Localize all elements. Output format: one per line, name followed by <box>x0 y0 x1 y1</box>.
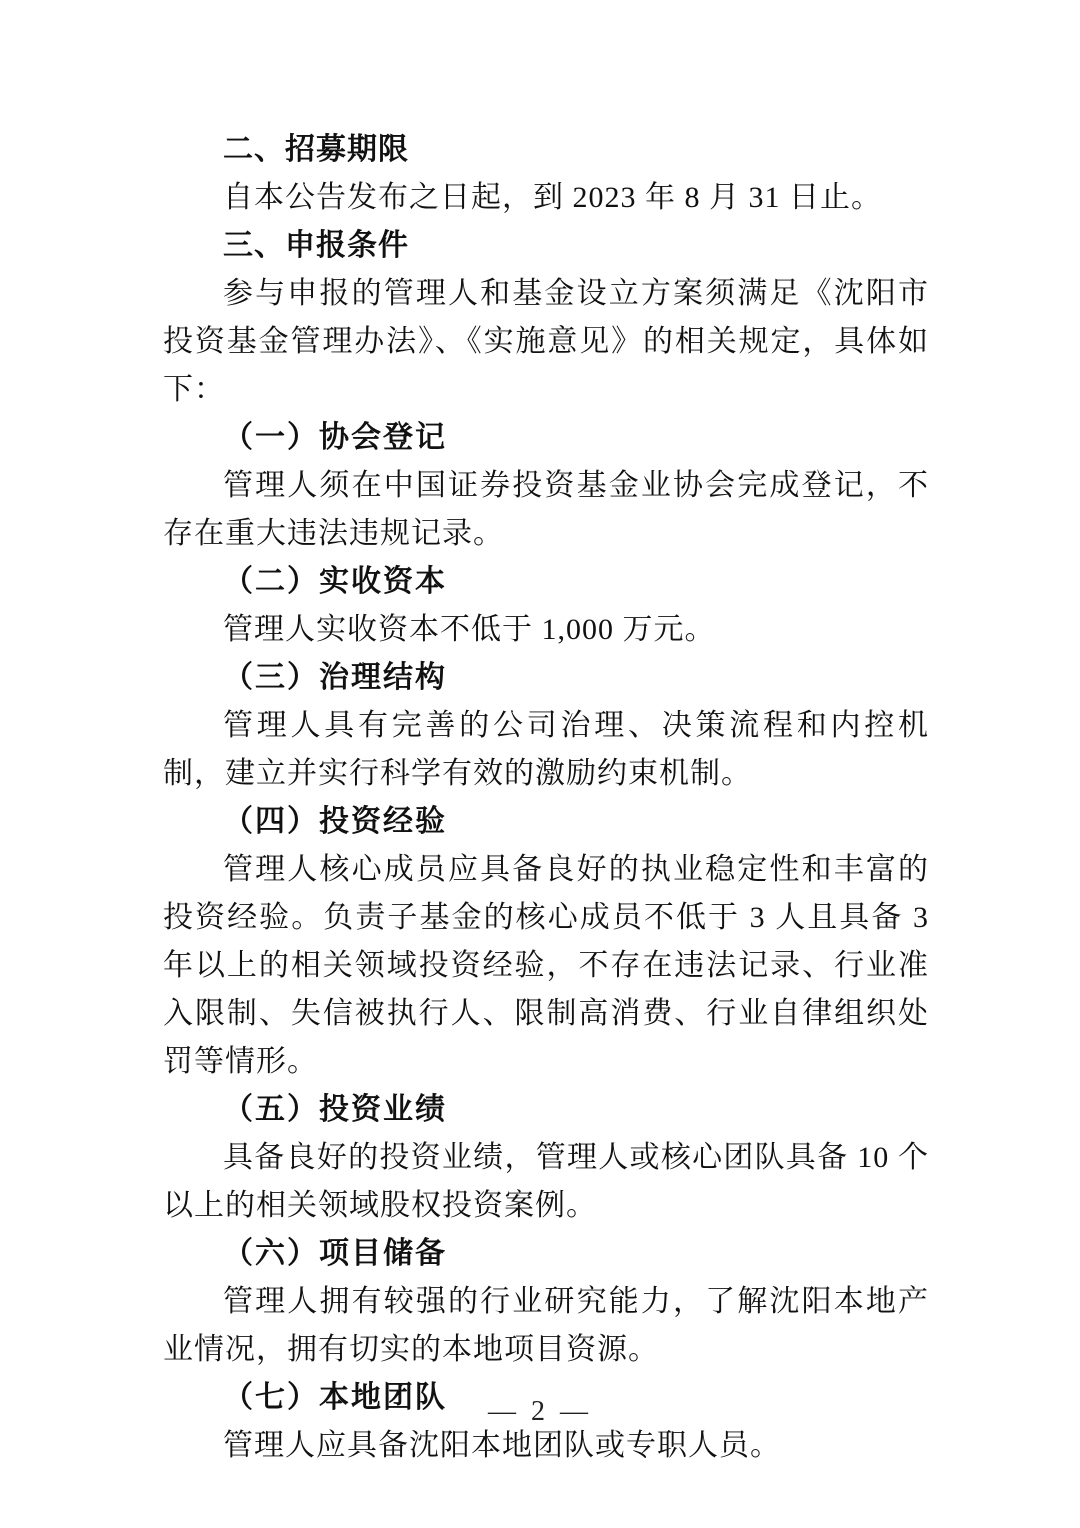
paragraph-investment-performance: 具备良好的投资业绩，管理人或核心团队具备 10 个以上的相关领域股权投资案例。 <box>163 1134 929 1230</box>
document-page: 二、招募期限 自本公告发布之日起，到 2023 年 8 月 31 日止。 三、申… <box>0 0 1080 1528</box>
subheading-project-reserve: （六）项目储备 <box>163 1230 929 1278</box>
paragraph-governance-structure: 管理人具有完善的公司治理、决策流程和内控机制，建立并实行科学有效的激励约束机制。 <box>163 702 929 798</box>
paragraph-paid-in-capital: 管理人实收资本不低于 1,000 万元。 <box>163 606 929 654</box>
subheading-governance-structure: （三）治理结构 <box>163 654 929 702</box>
subheading-association-registration: （一）协会登记 <box>163 414 929 462</box>
paragraph-project-reserve: 管理人拥有较强的行业研究能力，了解沈阳本地产业情况，拥有切实的本地项目资源。 <box>163 1278 929 1374</box>
paragraph-application-intro: 参与申报的管理人和基金设立方案须满足《沈阳市投资基金管理办法》、《实施意见》的相… <box>163 270 929 414</box>
subheading-investment-performance: （五）投资业绩 <box>163 1086 929 1134</box>
paragraph-recruitment-period: 自本公告发布之日起，到 2023 年 8 月 31 日止。 <box>163 174 929 222</box>
document-content: 二、招募期限 自本公告发布之日起，到 2023 年 8 月 31 日止。 三、申… <box>163 126 929 1470</box>
page-number: — 2 — <box>0 1392 1080 1432</box>
subheading-investment-experience: （四）投资经验 <box>163 798 929 846</box>
paragraph-investment-experience: 管理人核心成员应具备良好的执业稳定性和丰富的投资经验。负责子基金的核心成员不低于… <box>163 846 929 1086</box>
section-heading-recruitment-period: 二、招募期限 <box>163 126 929 174</box>
section-heading-application-conditions: 三、申报条件 <box>163 222 929 270</box>
paragraph-association-registration: 管理人须在中国证券投资基金业协会完成登记，不存在重大违法违规记录。 <box>163 462 929 558</box>
subheading-paid-in-capital: （二）实收资本 <box>163 558 929 606</box>
